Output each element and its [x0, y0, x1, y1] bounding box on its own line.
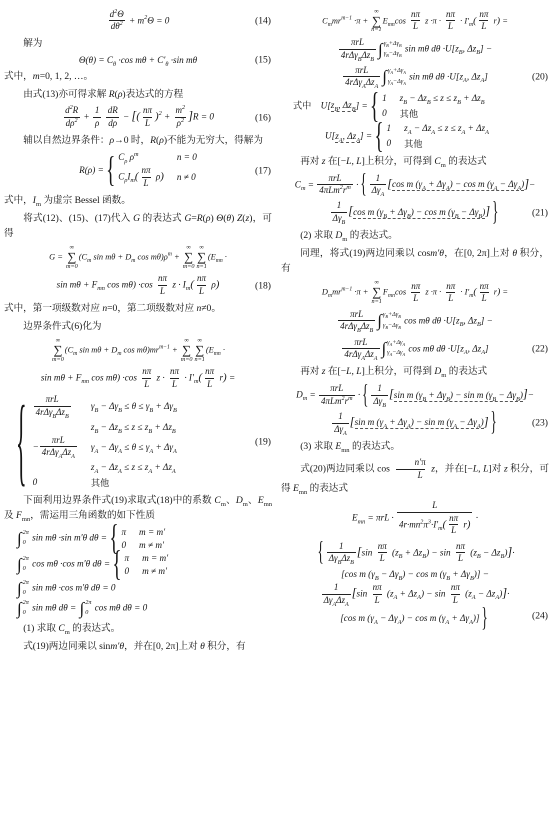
para-use-boundary-coeffs: 下面利用边界条件式(19)求取式(18)中的系数 Cm、Dm、Emn 及 Fmn…: [4, 493, 272, 524]
equation-20-line-3: πrL4rΔγAΔzA∫γA+ΔγAγA−ΔγA sin mθ dθ ·U[zA…: [281, 65, 549, 89]
equation-16: d2Rdρ2 + 1ρ dRdρ − [(nπL)2 + m2ρ2]R = 0(…: [4, 105, 272, 129]
equation-20-line-2-body: πrL4rΔγBΔzB∫γB+ΔγBγB−ΔγB sin mθ dθ ·U[zB…: [338, 37, 492, 61]
para-natural-boundary: 辅以自然边界条件：ρ→0 时，R(ρ)不能为无穷大，得解为: [4, 133, 272, 148]
equation-23-line-1: Dm = πrL4πLm2rm ·{1ΔγB[sin m (γB + ΔγB) …: [281, 383, 549, 407]
equation-23-line-2-body: 1ΔγA[sin m (γA + ΔγA) − sin m (γA − ΔγA)…: [331, 411, 499, 435]
para-bessel-note: 式中，Im 为虚宗 Bessel 函数。: [4, 193, 272, 208]
equation-trig-zero: ∫2π0 sin mθ dθ = ∫2π0 cos mθ dθ = 0: [4, 600, 272, 617]
equation-19-line-2: sin mθ + Fmn cos mθ) ·cos nπL z · nπL · …: [4, 366, 272, 390]
para-integrate-Dm: 再对 z 在[−L, L]上积分，可得到 Dm 的表达式: [281, 364, 549, 379]
equation-20-line-3-body: πrL4rΔγAΔzA∫γA+ΔγAγA−ΔγA sin mθ dθ ·U[zA…: [342, 65, 488, 89]
equation-16-number: (16): [255, 112, 271, 123]
equation-15-body: Θ(θ) = Cθ ·cos mθ + C′θ ·sin mθ: [79, 55, 197, 65]
equation-U-zB: 式中 U[zB, ΔzB] = {1zB − ΔzB ≤ z ≤ zB + Δz…: [281, 93, 549, 120]
equation-16-body: d2Rdρ2 + 1ρ dRdρ − [(nπL)2 + m2ρ2]R = 0: [62, 105, 214, 129]
equation-U-zA: U[zA, ΔzA] = {1zA − ΔzA ≤ z ≤ zA + ΔzA0其…: [281, 123, 549, 150]
equation-18-line-1: G = ∞∑m=0(Cm sin mθ + Dm cos mθ)ρm + ∞∑m…: [4, 245, 272, 270]
para-step2-Dm: (2) 求取 Dm 的表达式。: [281, 228, 549, 243]
equation-19-cases: {πrL4rΔγBΔzBγB − ΔγB ≤ θ ≤ γB + ΔγBzB − …: [4, 394, 272, 489]
equation-24-line-3: [cos m (γB − ΔγB) − cos m (γB + ΔγB)] −: [281, 569, 549, 579]
equation-22-number: (22): [532, 343, 548, 354]
equation-17: R(ρ) = {Cρ ρmn = 0CρIm(nπL ρ)n ≠ 0(17): [4, 152, 272, 189]
para-step1-Cm: (1) 求取 Cm 的表达式。: [4, 621, 272, 636]
equation-19-cases-body: {πrL4rΔγBΔzBγB − ΔγB ≤ θ ≤ γB + ΔγBzB − …: [16, 394, 177, 489]
equation-trig-cos-cos-body: ∫2π0 cos mθ ·cos m′θ dθ = {πm = m′0m ≠ m…: [16, 553, 168, 576]
para-series-terms: 式中，第一项级数对应 n=0，第二项级数对应 n≠0。: [4, 301, 272, 316]
equation-24-line-2: {1ΔγBΔzB[sin nπL (zB + ΔzB) − sin nπL (z…: [281, 541, 549, 565]
equation-17-number: (17): [255, 165, 271, 176]
equation-22-line-1-body: Dmmrm−1 ·π + ∞∑n=1Fmncos nπL z ·π · nπL …: [322, 280, 508, 305]
equation-18-line-2-body: sin mθ + Fmn cos mθ) ·cos nπL z · Im(nπL…: [57, 273, 220, 297]
para-substitute-G: 将式(12)、(15)、(17)代入 G 的表达式 G=R(ρ) Θ(θ) Z(…: [4, 211, 272, 242]
para-solution-is: 解为: [4, 36, 272, 51]
equation-trig-zero-body: ∫2π0 sin mθ dθ = ∫2π0 cos mθ dθ = 0: [16, 600, 147, 617]
equation-23-number: (23): [532, 418, 548, 429]
equation-19-line-1: ∞∑m=0(Cm sin mθ + Dm cos mθ)mrm−1 + ∞∑m=…: [4, 338, 272, 363]
equation-17-body: R(ρ) = {Cρ ρmn = 0CρIm(nπL ρ)n ≠ 0: [79, 152, 197, 189]
equation-19-line-1-body: ∞∑m=0(Cm sin mθ + Dm cos mθ)mrm−1 + ∞∑m=…: [51, 338, 225, 363]
equation-21-line-1-body: Cm = πrL4πLm2rm ·{1ΔγA[cos m (γA + ΔγA) …: [295, 173, 535, 197]
para-multiply-cos-npi: 式(20)两边同乘以 cos n′πL z，并在[−L, L]对 z 积分，可得…: [281, 457, 549, 497]
equation-21-line-2-body: 1ΔγB[cos m (γB + ΔγB) − cos m (γB − ΔγB)…: [330, 200, 501, 224]
equation-22-line-1: Dmmrm−1 ·π + ∞∑n=1Fmncos nπL z ·π · nπL …: [281, 280, 549, 305]
equation-23-line-2: 1ΔγA[sin m (γA + ΔγA) − sin m (γA − ΔγA)…: [281, 411, 549, 435]
equation-14-number: (14): [255, 15, 271, 26]
equation-20-number: (20): [532, 71, 548, 82]
right-column: Cmmrm−1 ·π + ∞∑n=1Emncos nπL z ·π · nπL …: [281, 5, 549, 656]
equation-trig-sin-cos-body: ∫2π0 sin mθ ·cos m′θ dθ = 0: [16, 580, 115, 597]
equation-23-line-1-body: Dm = πrL4πLm2rm ·{1ΔγB[sin m (γB + ΔγB) …: [296, 383, 534, 407]
para-multiply-cos: 同理，将式(19)两边同乘以 cosm′θ，在[0, 2π]上对 θ 积分，有: [281, 246, 549, 277]
equation-trig-sin-cos: ∫2π0 sin mθ ·cos m′θ dθ = 0: [4, 580, 272, 597]
equation-U-zA-body: U[zA, ΔzA] = {1zA − ΔzA ≤ z ≤ zA + ΔzA0其…: [325, 123, 489, 150]
equation-15: Θ(θ) = Cθ ·cos mθ + C′θ ·sin mθ(15): [4, 55, 272, 65]
equation-20-line-2: πrL4rΔγBΔzB∫γB+ΔγBγB−ΔγB sin mθ dθ ·U[zB…: [281, 37, 549, 61]
equation-24-line-5-body: [cos m (γA − ΔγA) − cos m (γA + ΔγA)]}: [340, 610, 490, 623]
equation-24-line-2-body: {1ΔγBΔzB[sin nπL (zB + ΔzB) − sin nπL (z…: [315, 541, 514, 565]
equation-24-line-4: 1ΔγAΔzA[sin nπL (zA + ΔzA) − sin nπL (zA…: [281, 582, 549, 606]
equation-19-number: (19): [255, 436, 271, 447]
equation-18-line-1-body: G = ∞∑m=0(Cm sin mθ + Dm cos mθ)ρm + ∞∑m…: [49, 245, 227, 270]
para-integrate-Cm: 再对 z 在[−L, L]上积分，可得到 Cm 的表达式: [281, 154, 549, 169]
para-boundary-eq6: 边界条件式(6)化为: [4, 319, 272, 334]
equation-21-line-2: 1ΔγB[cos m (γB + ΔγB) − cos m (γB − ΔγB)…: [281, 200, 549, 224]
equation-18-number: (18): [255, 280, 271, 291]
equation-U-zB-body: 式中 U[zB, ΔzB] = {1zB − ΔzB ≤ z ≤ zB + Δz…: [293, 93, 485, 120]
para-from-eq13: 由式(13)亦可得求解 R(ρ)表达式的方程: [4, 87, 272, 102]
equation-22-line-3: πrL4rΔγAΔzA∫γA+ΔγAγA−ΔγA cos mθ dθ ·U[zA…: [281, 337, 549, 361]
equation-22-line-2-body: πrL4rΔγBΔzB∫γB+ΔγBγB−ΔγB cos mθ dθ ·U[zB…: [337, 309, 493, 333]
equation-24-line-5: [cos m (γA − ΔγA) − cos m (γA + ΔγA)]}(2…: [281, 610, 549, 623]
para-step3-Emn: (3) 求取 Emn 的表达式。: [281, 439, 549, 454]
equation-24-line-1: Emn = πrL · L4r·mn2π3·I′m(nπL r) ·: [281, 500, 549, 537]
equation-20-line-1: Cmmrm−1 ·π + ∞∑n=1Emncos nπL z ·π · nπL …: [281, 9, 549, 34]
equation-24-number: (24): [532, 611, 548, 622]
equation-22-line-3-body: πrL4rΔγAΔzA∫γA+ΔγAγA−ΔγA cos mθ dθ ·U[zA…: [341, 337, 488, 361]
equation-21-line-1: Cm = πrL4πLm2rm ·{1ΔγA[cos m (γA + ΔγA) …: [281, 173, 549, 197]
equation-trig-sin-sin: ∫2π0 sin mθ ·sin m′θ dθ = {πm = m′0m ≠ m…: [4, 527, 272, 550]
equation-19-line-2-body: sin mθ + Fmn cos mθ) ·cos nπL z · nπL · …: [41, 366, 235, 390]
equation-24-line-1-body: Emn = πrL · L4r·mn2π3·I′m(nπL r) ·: [352, 500, 478, 537]
equation-trig-cos-cos: ∫2π0 cos mθ ·cos m′θ dθ = {πm = m′0m ≠ m…: [4, 553, 272, 576]
equation-18-line-2: sin mθ + Fmn cos mθ) ·cos nπL z · Im(nπL…: [4, 273, 272, 297]
para-where-m-values: 式中，m=0, 1, 2, …。: [4, 69, 272, 84]
equation-24-line-3-body: [cos m (γB − ΔγB) − cos m (γB + ΔγB)] −: [341, 569, 489, 579]
equation-21-number: (21): [532, 207, 548, 218]
equation-15-number: (15): [255, 55, 271, 66]
para-multiply-sin: 式(19)两边同乘以 sinm′θ，并在[0, 2π]上对 θ 积分，有: [4, 639, 272, 654]
equation-14: d2Θdθ2 + m2Θ = 0(14): [4, 9, 272, 33]
equation-22-line-2: πrL4rΔγBΔzB∫γB+ΔγBγB−ΔγB cos mθ dθ ·U[zB…: [281, 309, 549, 333]
equation-14-body: d2Θdθ2 + m2Θ = 0: [107, 9, 170, 33]
left-column: d2Θdθ2 + m2Θ = 0(14) 解为 Θ(θ) = Cθ ·cos m…: [4, 5, 272, 656]
equation-trig-sin-sin-body: ∫2π0 sin mθ ·sin m′θ dθ = {πm = m′0m ≠ m…: [16, 527, 165, 550]
equation-20-line-1-body: Cmmrm−1 ·π + ∞∑n=1Emncos nπL z ·π · nπL …: [322, 9, 508, 34]
paper-page: d2Θdθ2 + m2Θ = 0(14) 解为 Θ(θ) = Cθ ·cos m…: [0, 0, 554, 656]
